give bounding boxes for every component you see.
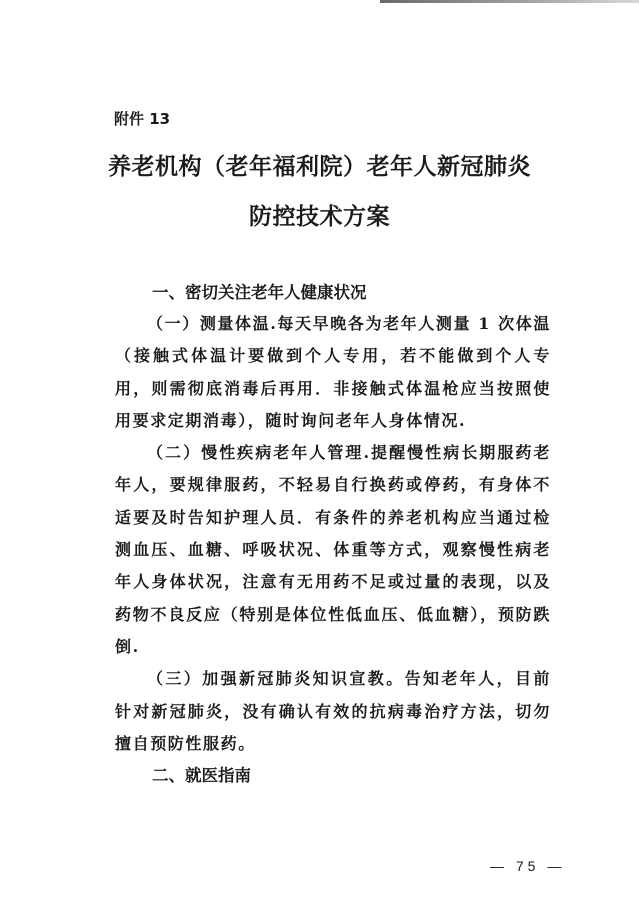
paragraph-1: （一）测量体温.每天早晚各为老年人测量 1 次体温（接触式体温计要做到个人专用，… (115, 308, 551, 437)
document-title-line-1: 养老机构（老年福利院）老年人新冠肺炎 (0, 148, 639, 181)
section-1-body: （一）测量体温.每天早晚各为老年人测量 1 次体温（接触式体温计要做到个人专用，… (115, 308, 551, 760)
scan-edge-shadow (380, 0, 639, 3)
paragraph-3-lead: （三）加强新冠肺炎知识宣教。 (147, 669, 405, 688)
section-heading-2: 二、就医指南 (152, 762, 251, 786)
paragraph-3: （三）加强新冠肺炎知识宣教。告知老年人，目前针对新冠肺炎，没有确认有效的抗病毒治… (115, 663, 551, 760)
paragraph-2: （二）慢性疾病老年人管理.提醒慢性病长期服药老年人，要规律服药，不轻易自行换药或… (115, 437, 551, 663)
paragraph-2-text: 提醒慢性病长期服药老年人，要规律服药，不轻易自行换药或停药，有身体不适要及时告知… (115, 443, 551, 656)
paragraph-1-lead: （一）测量体温. (147, 314, 277, 333)
attachment-label: 附件 13 (114, 108, 170, 129)
paragraph-2-lead: （二）慢性疾病老年人管理. (147, 443, 371, 462)
document-title-line-2: 防控技术方案 (0, 198, 639, 231)
section-heading-1: 一、密切关注老年人健康状况 (152, 279, 367, 303)
page-number: — 75 — (490, 858, 565, 874)
